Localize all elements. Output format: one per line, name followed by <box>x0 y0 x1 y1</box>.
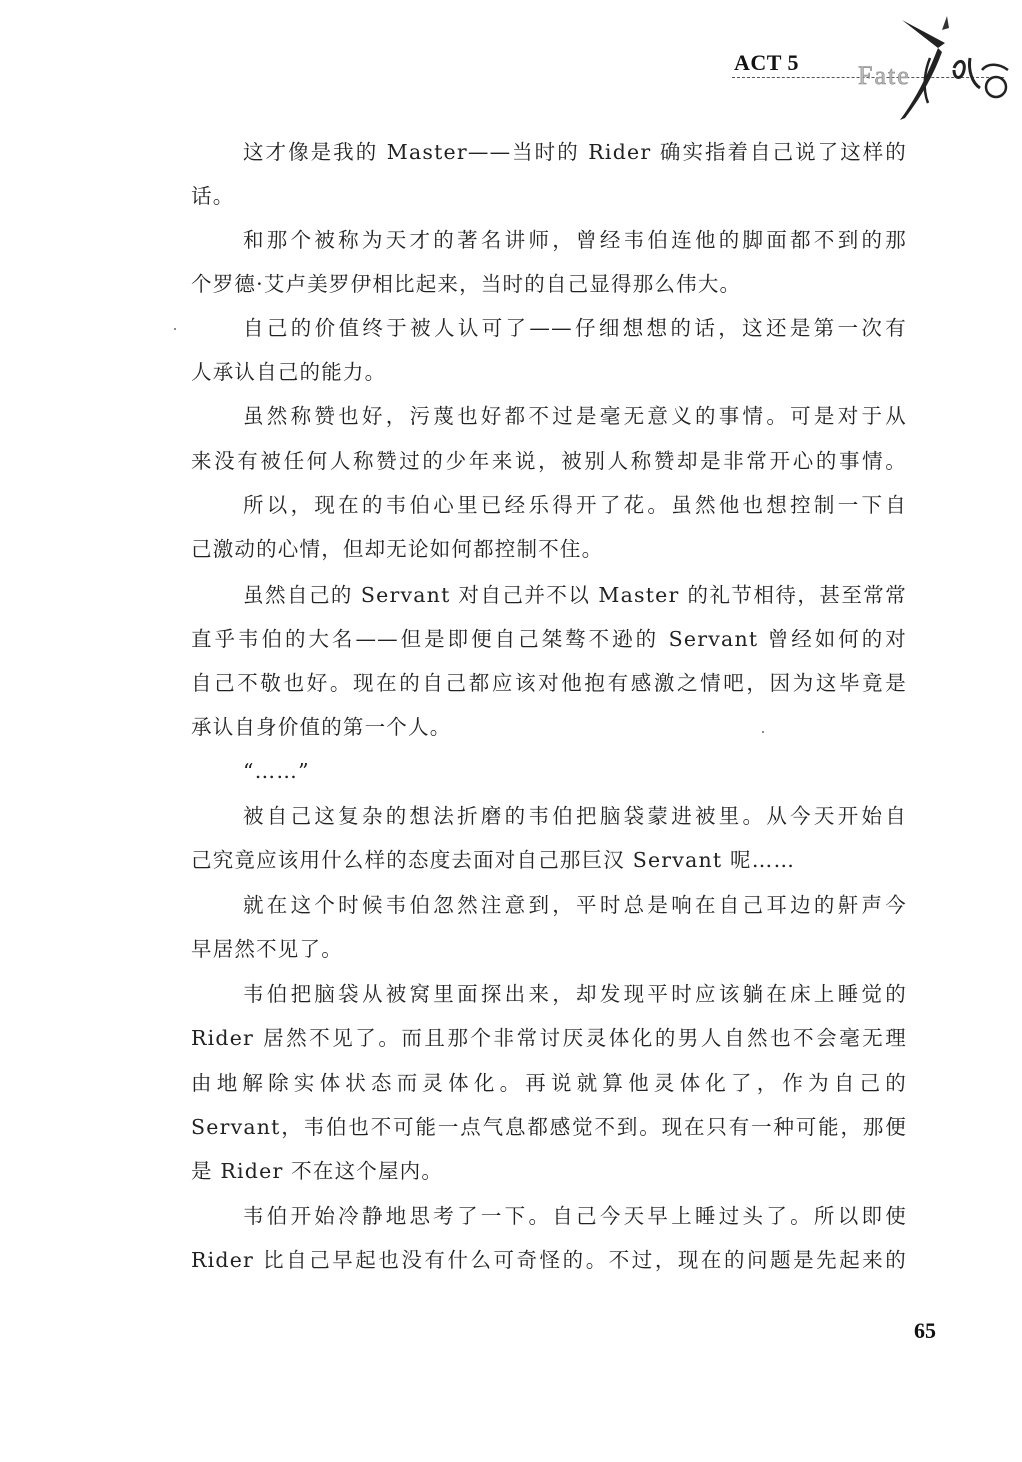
text-line: 所以，现在的韦伯心里已经乐得开了花。虽然他也想控制一下自 <box>243 491 907 519</box>
text-line: 来没有被任何人称赞过的少年来说，被别人称赞却是非常开心的事情。 <box>191 447 907 475</box>
text-line: 人承认自己的能力。 <box>191 358 907 386</box>
text-line: Rider 比自己早起也没有什么可奇怪的。不过，现在的问题是先起来的 <box>191 1246 907 1274</box>
text-line: 早居然不见了。 <box>191 935 907 963</box>
text-line: 这才像是我的 Master——当时的 Rider 确实指着自己说了这样的 <box>243 138 907 166</box>
running-header: ACT 5 Fate <box>0 0 1022 130</box>
text-line: 己究竟应该用什么样的态度去面对自己那巨汉 Servant 呢…… <box>191 846 907 874</box>
svg-text:Fate: Fate <box>858 61 911 90</box>
text-line: 己激动的心情，但却无论如何都控制不住。 <box>191 535 907 563</box>
text-line: 个罗德·艾卢美罗伊相比起来，当时的自己显得那么伟大。 <box>191 270 907 298</box>
page-number: 65 <box>914 1318 936 1344</box>
fate-zero-logo: Fate <box>850 8 1015 123</box>
text-line: 虽然称赞也好，污蔑也好都不过是毫无意义的事情。可是对于从 <box>243 402 907 430</box>
text-line: 自己的价值终于被人认可了——仔细想想的话，这还是第一次有 <box>243 314 907 342</box>
text-line: 就在这个时候韦伯忽然注意到，平时总是响在自己耳边的鼾声今 <box>243 891 907 919</box>
text-line: “……” <box>243 757 907 785</box>
chapter-label: ACT 5 <box>734 50 799 76</box>
text-line: 被自己这复杂的想法折磨的韦伯把脑袋蒙进被里。从今天开始自 <box>243 802 907 830</box>
scan-speck <box>174 328 176 330</box>
text-line: 是 Rider 不在这个屋内。 <box>191 1157 907 1185</box>
text-line: 虽然自己的 Servant 对自己并不以 Master 的礼节相待，甚至常常 <box>243 581 907 609</box>
text-line: 和那个被称为天才的著名讲师，曾经韦伯连他的脚面都不到的那 <box>243 226 907 254</box>
text-line: Rider 居然不见了。而且那个非常讨厌灵体化的男人自然也不会毫无理 <box>191 1024 907 1052</box>
text-line: 承认自身价值的第一个人。 <box>191 713 907 741</box>
scan-speck <box>762 731 764 733</box>
text-line: Servant，韦伯也不可能一点气息都感觉不到。现在只有一种可能，那便 <box>191 1113 907 1141</box>
text-line: 韦伯开始冷静地思考了一下。自己今天早上睡过头了。所以即使 <box>243 1202 907 1230</box>
text-line: 直乎韦伯的大名——但是即便自己桀骜不逊的 Servant 曾经如何的对 <box>191 625 907 653</box>
text-line: 由地解除实体状态而灵体化。再说就算他灵体化了，作为自己的 <box>191 1069 907 1097</box>
text-line: 韦伯把脑袋从被窝里面探出来，却发现平时应该躺在床上睡觉的 <box>243 980 907 1008</box>
text-line: 话。 <box>191 182 907 210</box>
text-line: 自己不敬也好。现在的自己都应该对他抱有感激之情吧，因为这毕竟是 <box>191 669 907 697</box>
